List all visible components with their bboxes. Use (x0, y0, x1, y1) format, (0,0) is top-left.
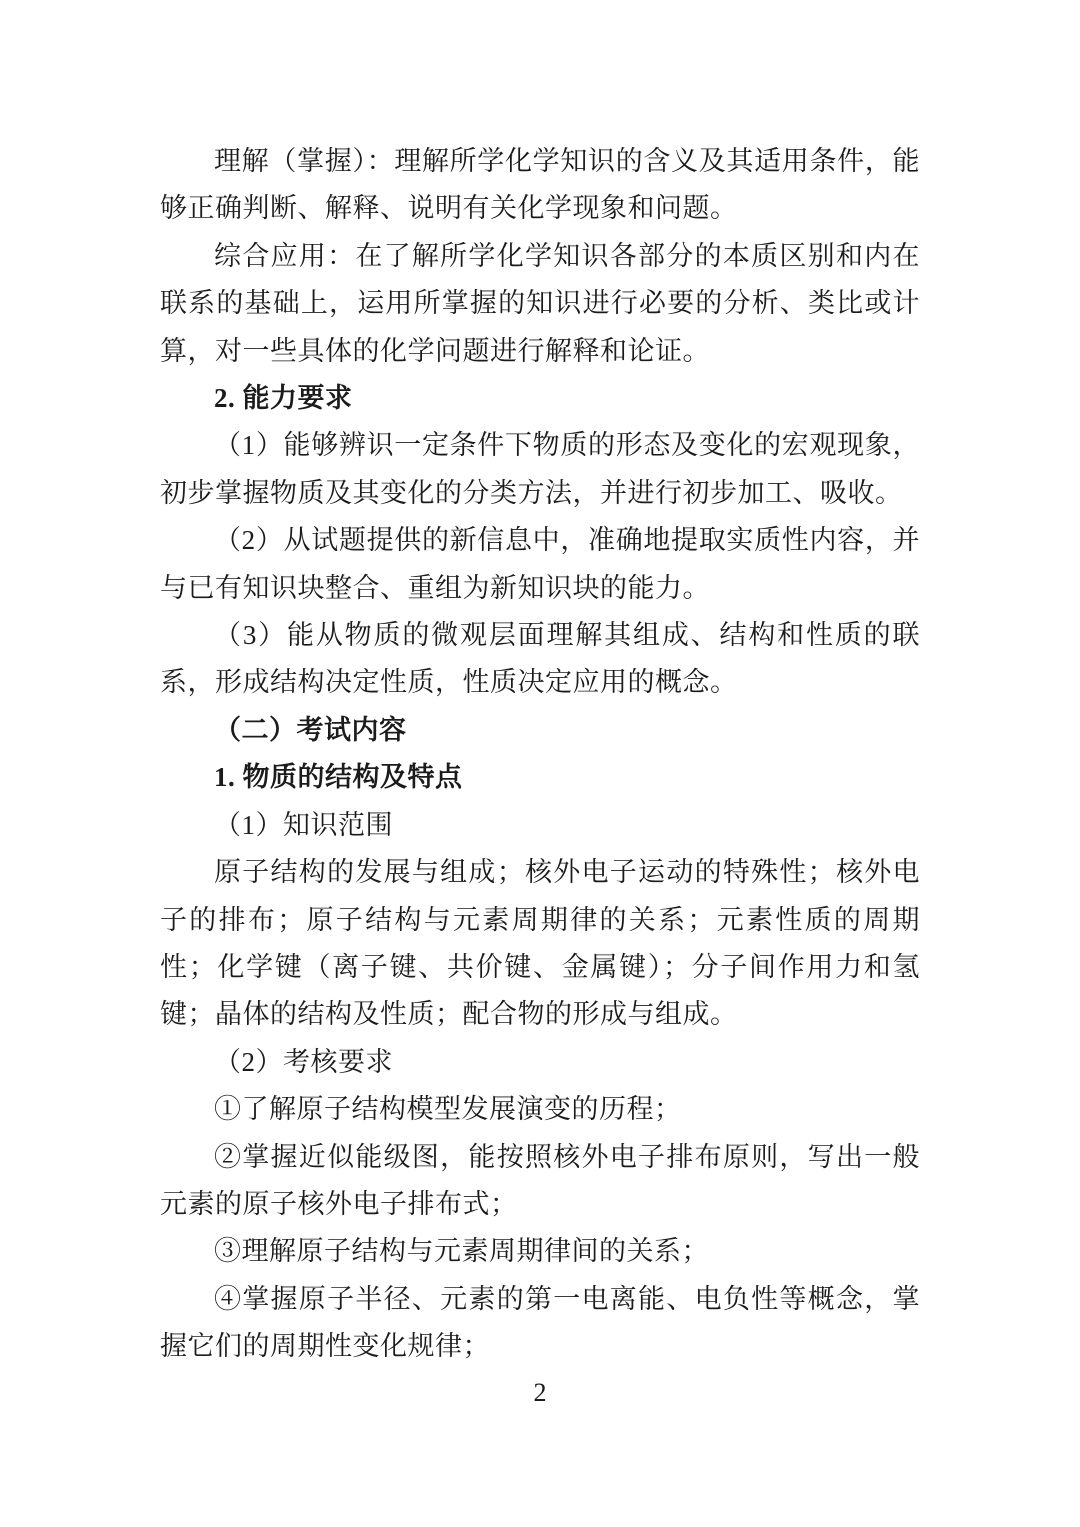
paragraph-ability-item-1: （1）能够辨识一定条件下物质的形态及变化的宏观现象，初步掌握物质及其变化的分类方… (160, 422, 920, 517)
paragraph-assessment-item-4: ④掌握原子半径、元素的第一电离能、电负性等概念，掌握它们的周期性变化规律； (160, 1276, 920, 1371)
document-page: 理解（掌握）：理解所学化学知识的含义及其适用条件，能够正确判断、解释、说明有关化… (0, 0, 1080, 1527)
paragraph-comprehensive-application: 综合应用：在了解所学化学知识各部分的本质区别和内在联系的基础上，运用所掌握的知识… (160, 233, 920, 375)
paragraph-knowledge-scope-label: （1）知识范围 (160, 802, 920, 849)
page-number: 2 (0, 1375, 1080, 1411)
heading-exam-content: （二）考试内容 (160, 707, 920, 754)
paragraph-assessment-requirements-label: （2）考核要求 (160, 1039, 920, 1086)
document-body: 理解（掌握）：理解所学化学知识的含义及其适用条件，能够正确判断、解释、说明有关化… (160, 138, 920, 1371)
heading-ability-requirements: 2. 能力要求 (160, 375, 920, 422)
paragraph-understand-master: 理解（掌握）：理解所学化学知识的含义及其适用条件，能够正确判断、解释、说明有关化… (160, 138, 920, 233)
heading-structure-of-matter: 1. 物质的结构及特点 (160, 754, 920, 801)
paragraph-assessment-item-2: ②掌握近似能级图，能按照核外电子排布原则，写出一般元素的原子核外电子排布式； (160, 1134, 920, 1229)
paragraph-knowledge-scope-body: 原子结构的发展与组成；核外电子运动的特殊性；核外电子的排布；原子结构与元素周期律… (160, 849, 920, 1039)
paragraph-ability-item-3: （3）能从物质的微观层面理解其组成、结构和性质的联系，形成结构决定性质，性质决定… (160, 612, 920, 707)
paragraph-ability-item-2: （2）从试题提供的新信息中，准确地提取实质性内容，并与已有知识块整合、重组为新知… (160, 517, 920, 612)
paragraph-assessment-item-1: ①了解原子结构模型发展演变的历程； (160, 1086, 920, 1133)
paragraph-assessment-item-3: ③理解原子结构与元素周期律间的关系； (160, 1228, 920, 1275)
